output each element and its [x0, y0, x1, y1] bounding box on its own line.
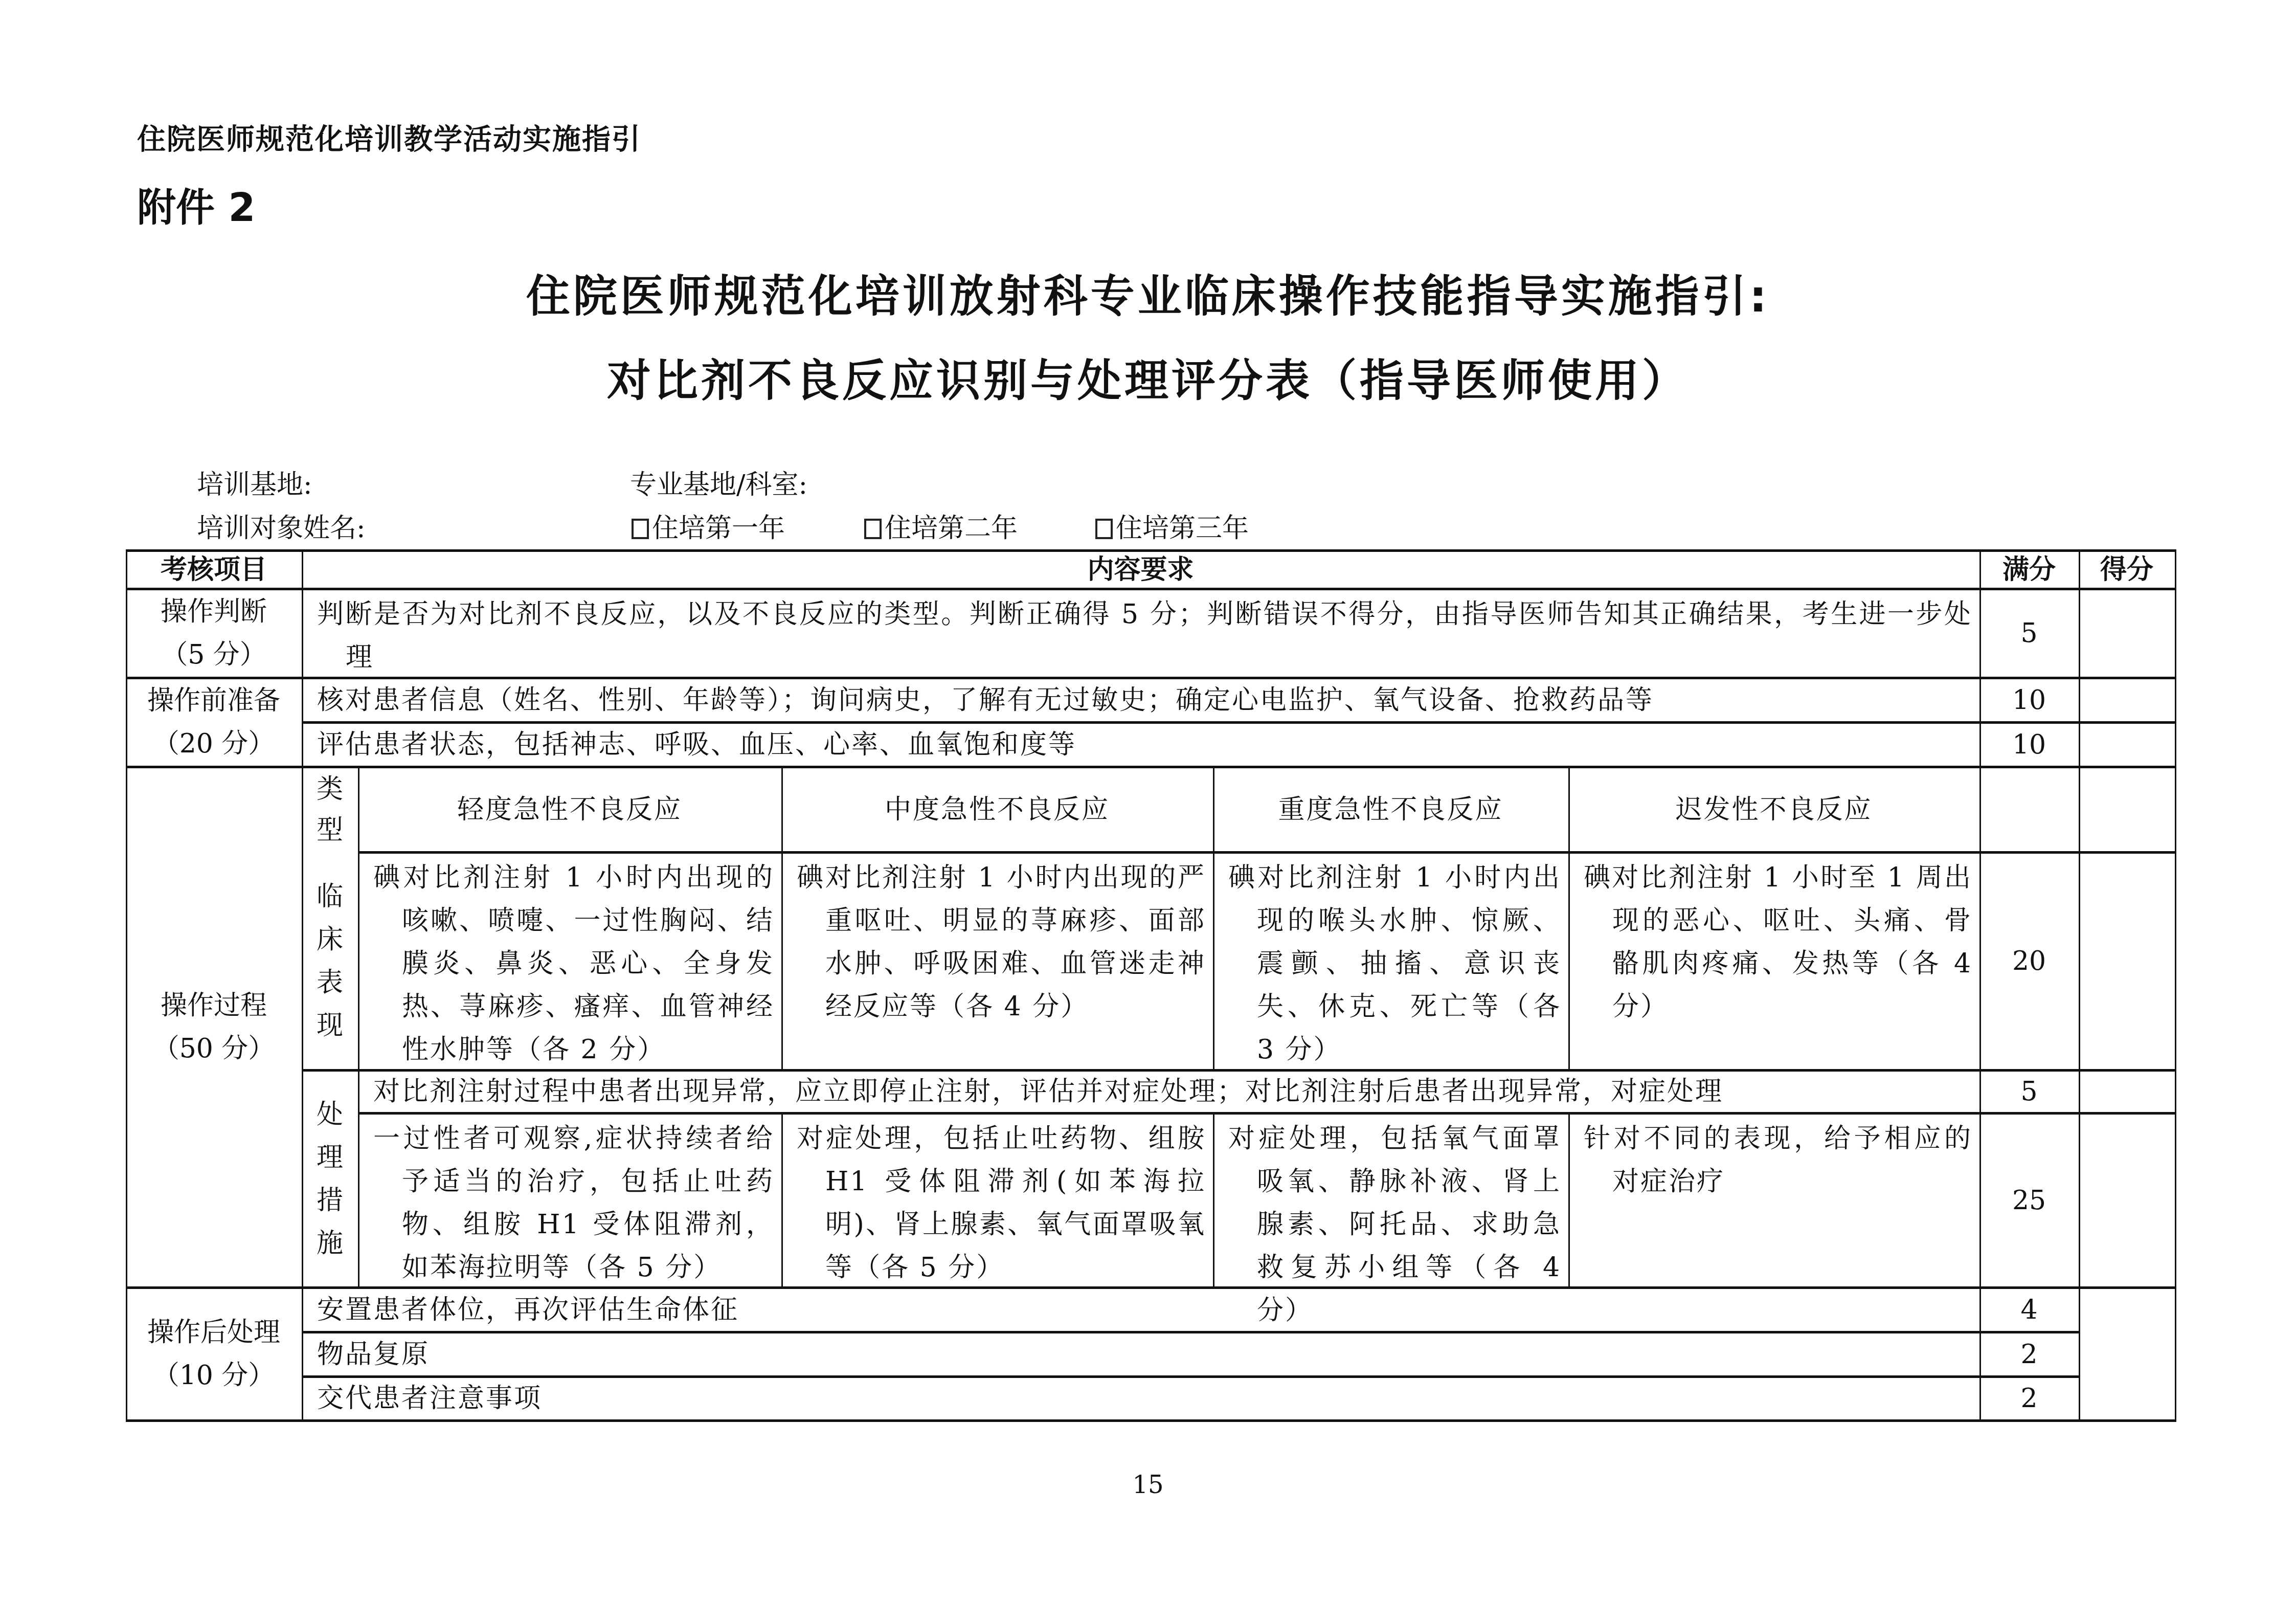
post-row-2-full: 2 — [1979, 1332, 2079, 1376]
trainee-name-label: 培训对象姓名: — [197, 506, 366, 545]
treatment-delayed: 针对不同的表现，给予相应的对症治疗 — [1568, 1113, 1979, 1287]
post-row-1-full: 4 — [1979, 1287, 2079, 1332]
clinical-severe: 碘对比剂注射 1 小时内出现的喉头水肿、惊厥、震颤、抽搐、意识丧失、休克、死亡等… — [1213, 852, 1568, 1070]
preparation-row-2-score-input[interactable] — [2079, 722, 2175, 767]
post-score-input[interactable] — [2079, 1287, 2175, 1420]
checkbox-icon[interactable] — [632, 519, 649, 539]
type-moderate: 中度急性不良反应 — [781, 767, 1213, 852]
header-content: 内容要求 — [302, 550, 1979, 589]
type-severe: 重度急性不良反应 — [1213, 767, 1568, 852]
attachment-label: 附件 2 — [137, 176, 255, 232]
post-row-3-full: 2 — [1979, 1376, 2079, 1420]
type-mild: 轻度急性不良反应 — [358, 767, 781, 852]
preparation-row-2-full: 10 — [1979, 722, 2079, 767]
preparation-row-1-full: 10 — [1979, 678, 2079, 722]
clinical-label: 临床表现 — [302, 852, 358, 1070]
running-header: 住院医师规范化培训教学活动实施指引 — [137, 117, 641, 158]
judgement-content: 判断是否为对比剂不良反应，以及不良反应的类型。判断正确得 5 分；判断错误不得分… — [302, 589, 1979, 678]
year-option-1[interactable]: 住培第一年 — [632, 506, 785, 545]
training-base-label: 培训基地: — [197, 463, 312, 501]
treatment-label: 处理措施 — [302, 1070, 358, 1287]
type-delayed: 迟发性不良反应 — [1568, 767, 1979, 852]
treatment-mild: 一过性者可观察,症状持续者给予适当的治疗，包括止吐药物、组胺 H1 受体阻滞剂，… — [358, 1113, 781, 1287]
judgement-score-input[interactable] — [2079, 589, 2175, 678]
treatment-general-score-input[interactable] — [2079, 1070, 2175, 1113]
post-row-2: 物品复原 — [302, 1332, 1979, 1376]
header-full-score: 满分 — [1979, 550, 2079, 589]
clinical-score-input[interactable] — [2079, 852, 2175, 1070]
header-item: 考核项目 — [126, 550, 302, 589]
department-label: 专业基地/科室: — [630, 463, 807, 501]
preparation-row-1-score-input[interactable] — [2079, 678, 2175, 722]
page-number: 15 — [0, 1471, 2296, 1499]
clinical-delayed: 碘对比剂注射 1 小时至 1 周出现的恶心、呕吐、头痛、骨骼肌肉疼痛、发热等（各… — [1568, 852, 1979, 1070]
document-title: 住院医师规范化培训放射科专业临床操作技能指导实施指引: — [0, 261, 2296, 324]
preparation-row-1: 核对患者信息（姓名、性别、年龄等）；询问病史，了解有无过敏史；确定心电监护、氧气… — [302, 678, 1979, 722]
item-process: 操作过程 （50 分） — [126, 767, 302, 1287]
year-option-2[interactable]: 住培第二年 — [864, 506, 1018, 545]
treatment-severe: 对症处理，包括氧气面罩吸氧、静脉补液、肾上腺素、阿托品、求助急救复苏小组等（各 … — [1213, 1113, 1568, 1287]
clinical-full-score: 20 — [1979, 852, 2079, 1070]
treatment-score-input[interactable] — [2079, 1113, 2175, 1287]
treatment-full-score: 25 — [1979, 1113, 2079, 1287]
table-border — [2175, 549, 2176, 1422]
post-row-1: 安置患者体位，再次评估生命体征 — [302, 1287, 1979, 1332]
type-label: 类型 — [302, 767, 358, 852]
judgement-full-score: 5 — [1979, 589, 2079, 678]
item-post: 操作后处理 （10 分） — [126, 1287, 302, 1420]
year-option-3[interactable]: 住培第三年 — [1095, 506, 1249, 545]
item-preparation: 操作前准备 （20 分） — [126, 678, 302, 767]
treatment-general-full: 5 — [1979, 1070, 2079, 1113]
header-score: 得分 — [2079, 550, 2175, 589]
document-subtitle: 对比剂不良反应识别与处理评分表（指导医师使用） — [0, 345, 2296, 409]
type-score-input[interactable] — [2079, 767, 2175, 852]
clinical-mild: 碘对比剂注射 1 小时内出现的咳嗽、喷嚏、一过性胸闷、结膜炎、鼻炎、恶心、全身发… — [358, 852, 781, 1070]
post-row-3: 交代患者注意事项 — [302, 1376, 1979, 1420]
checkbox-icon[interactable] — [1095, 519, 1113, 539]
checkbox-icon[interactable] — [864, 519, 882, 539]
treatment-moderate: 对症处理，包括止吐药物、组胺 H1 受体阻滞剂(如苯海拉明)、肾上腺素、氧气面罩… — [781, 1113, 1213, 1287]
item-judgement: 操作判断 （5 分） — [126, 589, 302, 678]
clinical-moderate: 碘对比剂注射 1 小时内出现的严重呕吐、明显的荨麻疹、面部水肿、呼吸困难、血管迷… — [781, 852, 1213, 1070]
treatment-general: 对比剂注射过程中患者出现异常，应立即停止注射，评估并对症处理；对比剂注射后患者出… — [358, 1070, 1979, 1113]
preparation-row-2: 评估患者状态，包括神志、呼吸、血压、心率、血氧饱和度等 — [302, 722, 1979, 767]
